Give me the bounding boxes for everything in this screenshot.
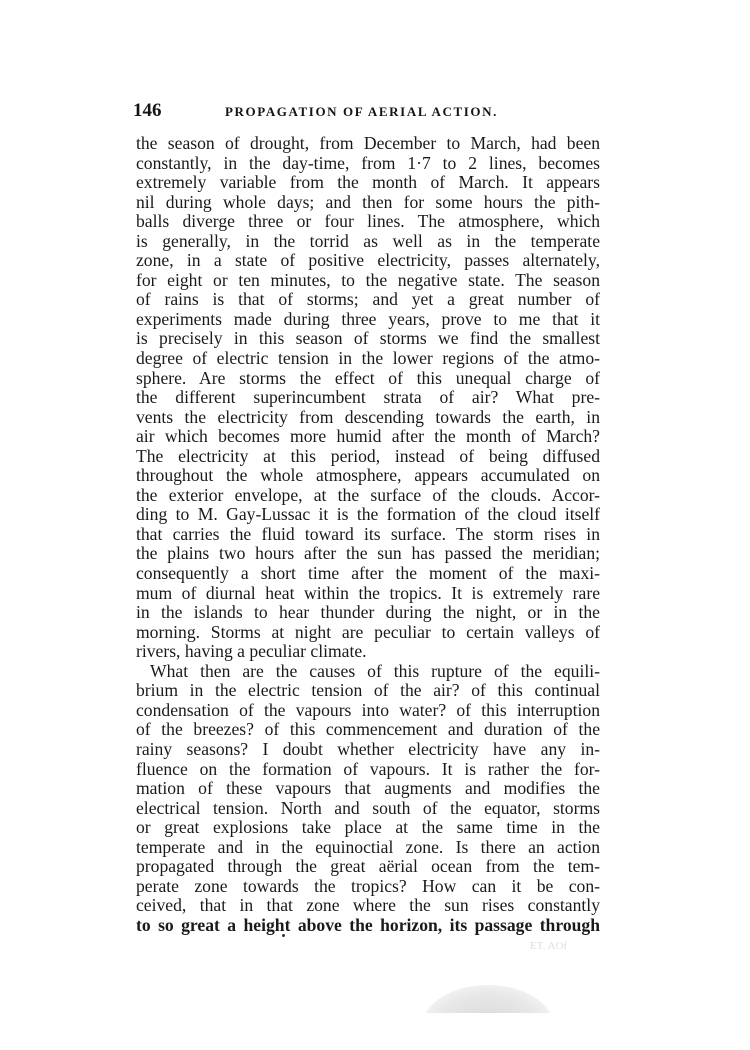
ink-speck <box>282 934 285 937</box>
text-line: fluence on the formation of vapours. It … <box>136 760 600 780</box>
text-line: condensation of the vapours into water? … <box>136 701 600 721</box>
page-number: 146 <box>133 100 162 122</box>
text-line: balls diverge three or four lines. The a… <box>136 212 600 232</box>
text-line: The electricity at this period, instead … <box>136 447 600 467</box>
text-line: zone, in a state of positive electricity… <box>136 251 600 271</box>
text-line: constantly, in the day-time, from 1·7 to… <box>136 154 600 174</box>
text-line: propagated through the great aërial ocea… <box>136 857 600 877</box>
text-line: to so great a height above the horizon, … <box>136 916 600 936</box>
book-page: 146 PROPAGATION OF AERIAL ACTION. the se… <box>0 0 750 1050</box>
text-line: mum of diurnal heat within the tropics. … <box>136 584 600 604</box>
text-line: morning. Storms at night are peculiar to… <box>136 623 600 643</box>
text-line: degree of electric tension in the lower … <box>136 349 600 369</box>
text-line: What then are the causes of this rupture… <box>136 662 600 682</box>
text-line: rivers, having a peculiar climate. <box>136 642 600 662</box>
running-head: 146 PROPAGATION OF AERIAL ACTION. <box>131 100 601 124</box>
text-line: rainy seasons? I doubt whether electrici… <box>136 740 600 760</box>
text-line: electrical tension. North and south of t… <box>136 799 600 819</box>
scan-artifact-blot <box>423 985 553 1025</box>
text-line: consequently a short time after the mome… <box>136 564 600 584</box>
text-line: for eight or ten minutes, to the negativ… <box>136 271 600 291</box>
text-line: the different superincumbent strata of a… <box>136 388 600 408</box>
text-line: nil during whole days; and then for some… <box>136 193 600 213</box>
text-line: in the islands to hear thunder during th… <box>136 603 600 623</box>
running-title: PROPAGATION OF AERIAL ACTION. <box>225 104 498 120</box>
text-line: of the breezes? of this commencement and… <box>136 720 600 740</box>
faint-show-through-mark: ET. AOf <box>530 940 567 952</box>
text-line: vents the electricity from descending to… <box>136 408 600 428</box>
text-line: ding to M. Gay-Lussac it is the formatio… <box>136 505 600 525</box>
text-line: temperate and in the equinoctial zone. I… <box>136 838 600 858</box>
text-line: the exterior envelope, at the surface of… <box>136 486 600 506</box>
text-line: is generally, in the torrid as well as i… <box>136 232 600 252</box>
text-line: the season of drought, from December to … <box>136 134 600 154</box>
text-line: ceived, that in that zone where the sun … <box>136 896 600 916</box>
text-line: is precisely in this season of storms we… <box>136 329 600 349</box>
text-line: perate zone towards the tropics? How can… <box>136 877 600 897</box>
text-line: mation of these vapours that augments an… <box>136 779 600 799</box>
text-line: extremely variable from the month of Mar… <box>136 173 600 193</box>
text-line: sphere. Are storms the effect of this un… <box>136 369 600 389</box>
text-line: or great explosions take place at the sa… <box>136 818 600 838</box>
text-line: throughout the whole atmosphere, appears… <box>136 466 600 486</box>
text-line: of rains is that of storms; and yet a gr… <box>136 290 600 310</box>
text-line: the plains two hours after the sun has p… <box>136 544 600 564</box>
text-line: experiments made during three years, pro… <box>136 310 600 330</box>
body-text: the season of drought, from December to … <box>136 134 600 935</box>
text-line: brium in the electric tension of the air… <box>136 681 600 701</box>
text-line: air which becomes more humid after the m… <box>136 427 600 447</box>
text-line: that carries the fluid toward its surfac… <box>136 525 600 545</box>
